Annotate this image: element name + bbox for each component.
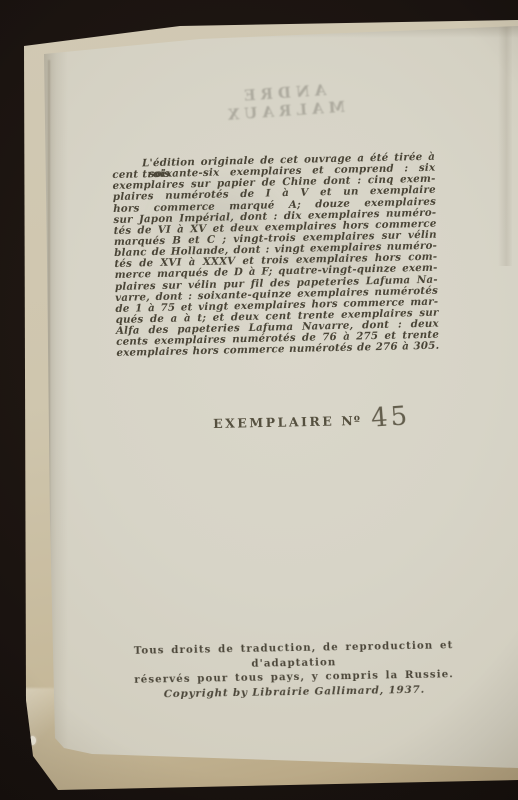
numero-symbol: Nº xyxy=(341,413,361,428)
exemplaire-number-stamp: 45 xyxy=(370,401,411,434)
photo-background: ANDRE MALRAUX L'édition originale de cet… xyxy=(0,0,518,800)
ghost-title-showthrough: ANDRE MALRAUX xyxy=(187,77,378,116)
cover-wear-patch xyxy=(24,688,58,754)
page-right-bend-shade xyxy=(498,26,512,266)
book-page: ANDRE MALRAUX L'édition originale de cet… xyxy=(0,0,518,800)
ghost-title-text: ANDRE MALRAUX xyxy=(222,81,346,124)
colophon-paragraph: L'édition originale de cet ouvrage a été… xyxy=(112,152,439,360)
exemplaire-label: EXEMPLAIRE xyxy=(213,414,335,432)
cover-corner-chip xyxy=(29,736,36,745)
copyright-block: Tous droits de traduction, de reproducti… xyxy=(118,638,471,703)
exemplaire-line: EXEMPLAIRE Nº 45 xyxy=(213,401,411,435)
